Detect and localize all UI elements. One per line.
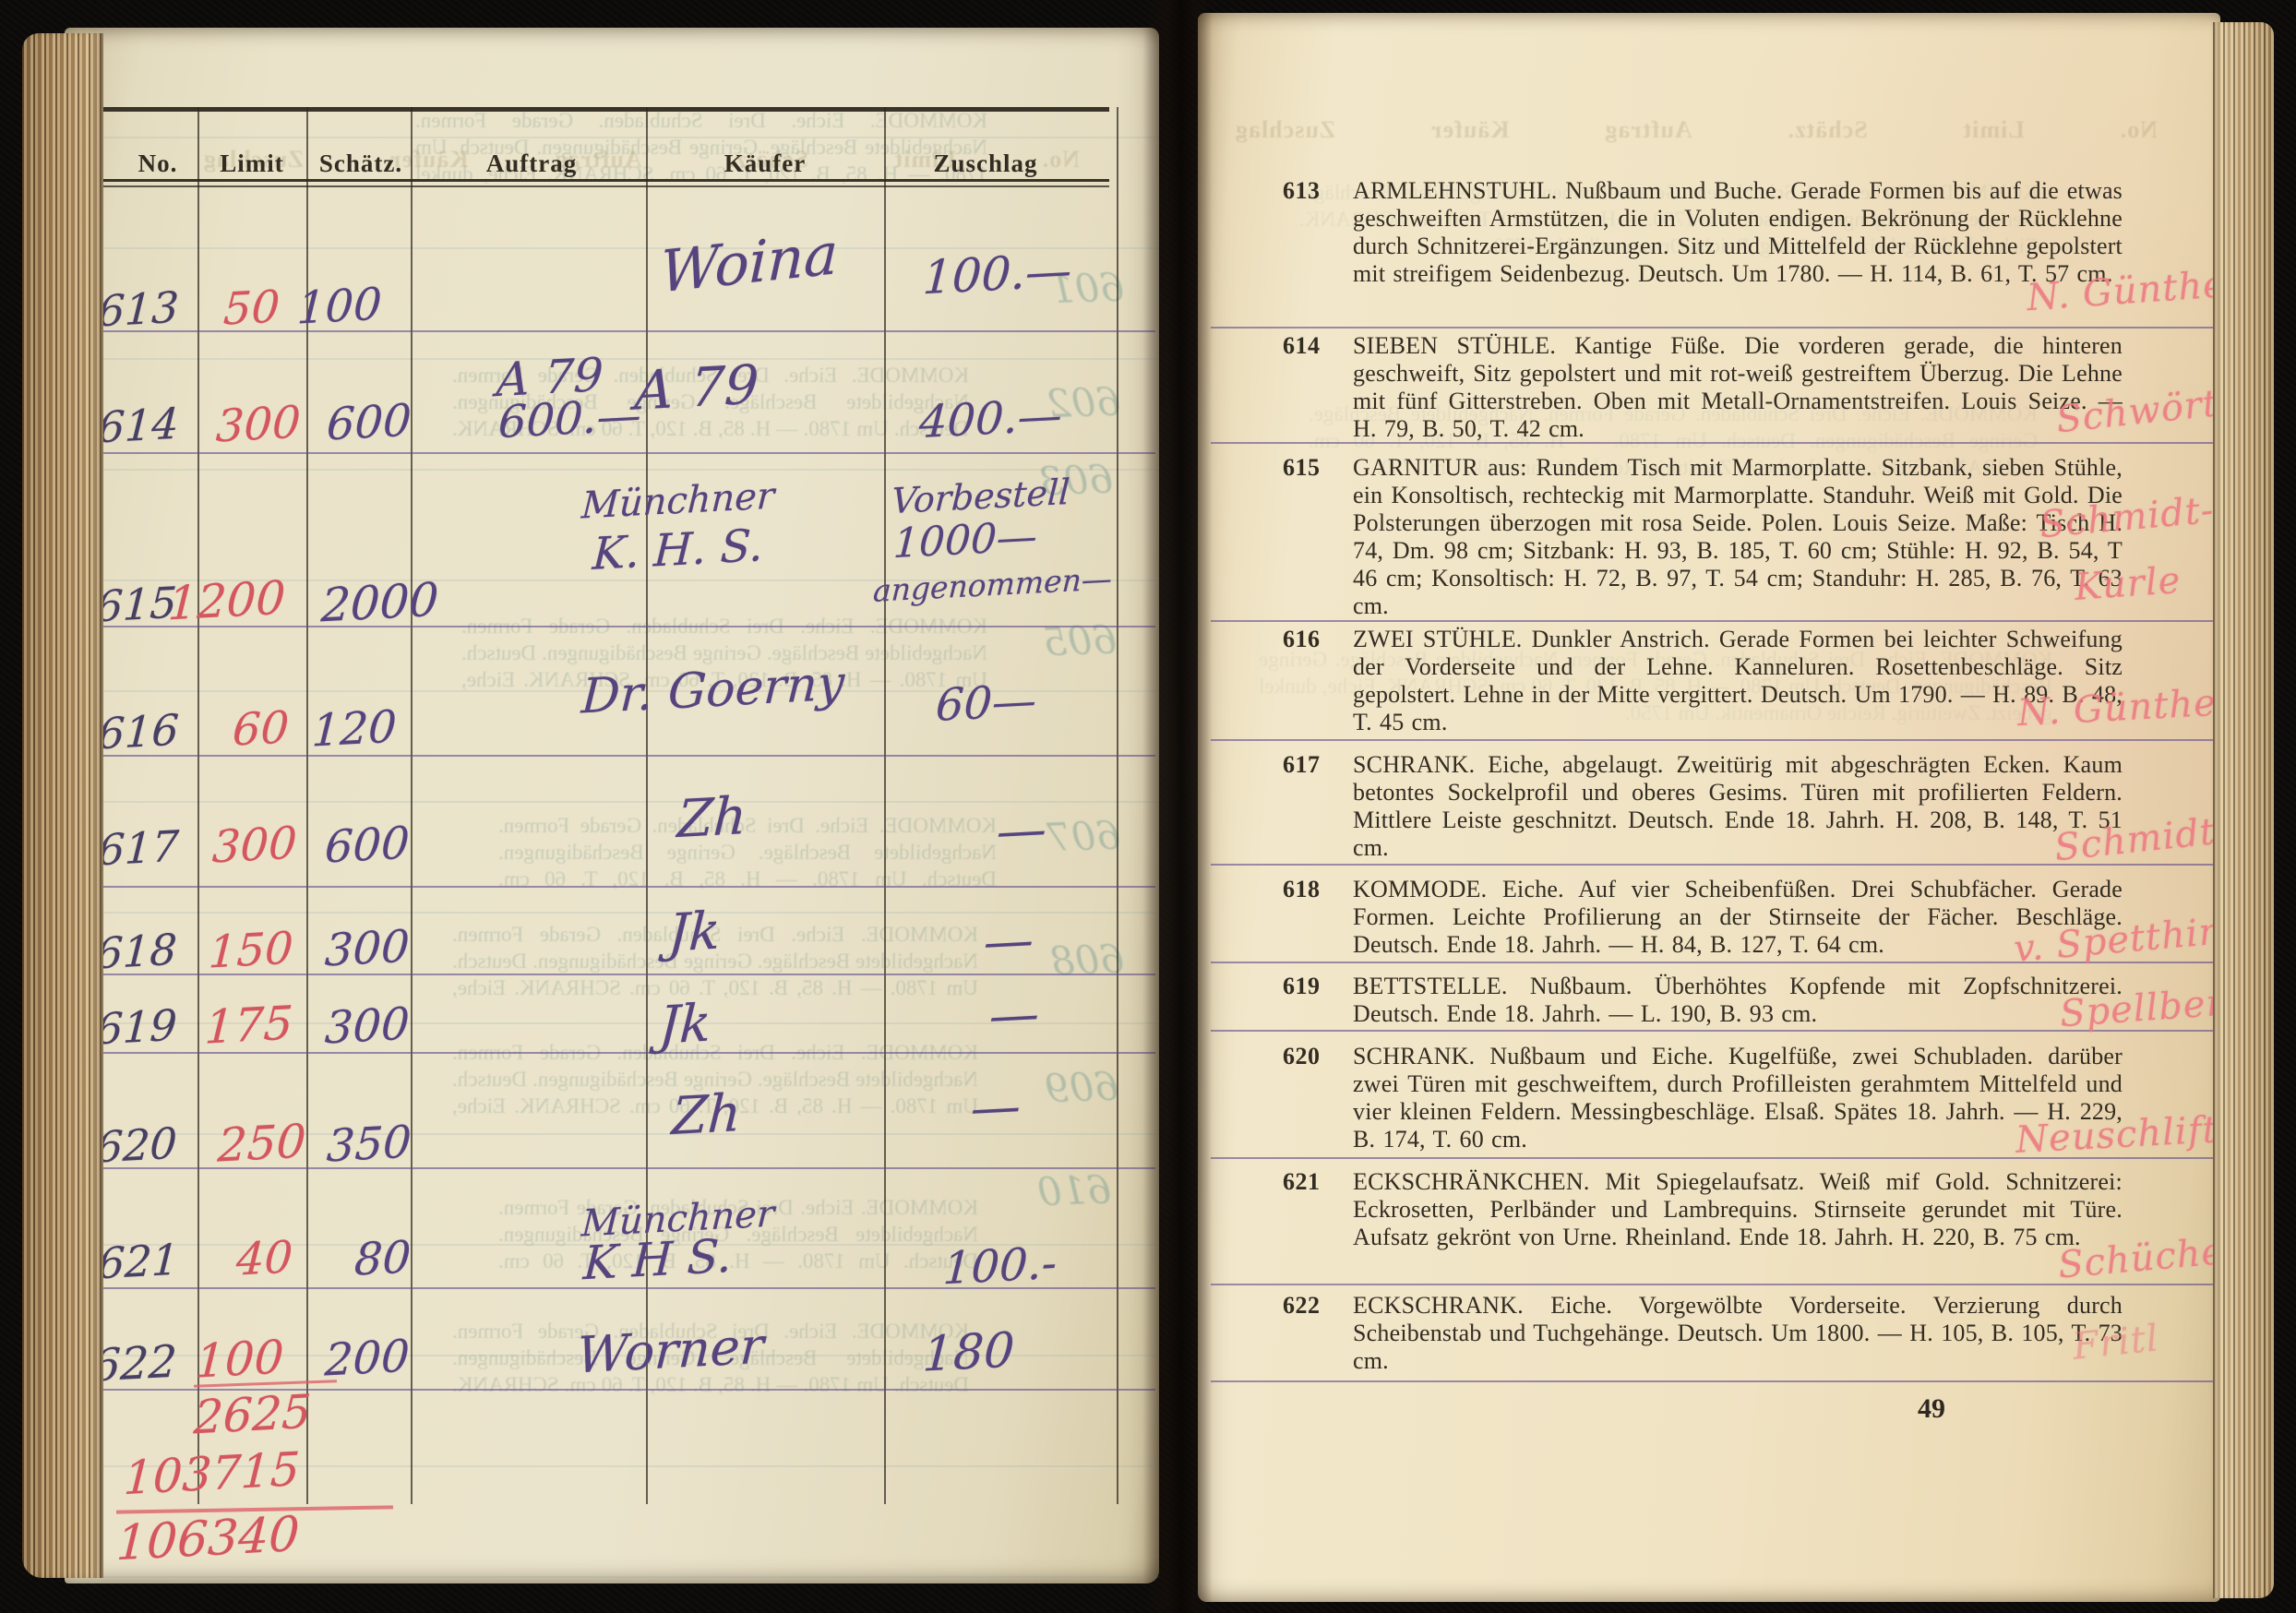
page-number: 49 — [1918, 1393, 1945, 1425]
column-header-zuschlag: Zuschlag — [933, 149, 1037, 178]
limit-value: 1200 — [167, 571, 287, 631]
lot-description: ZWEI STÜHLE. Dunkler Anstrich. Gerade Fo… — [1353, 626, 2123, 736]
entry-separator-line — [1211, 739, 2213, 741]
ledger-page: No. Limit Schätz. Auftrag Käufer Zuschla… — [65, 28, 1159, 1583]
catalog-page: No. Limit Schätz. Auftrag Käufer Zuschla… — [1198, 13, 2220, 1602]
lot-no: 616 — [97, 705, 181, 759]
lot-description: SCHRANK. Nußbaum und Eiche. Kugelfüße, z… — [1353, 1043, 2123, 1153]
buyer-name: A 79 — [633, 352, 760, 422]
column-line — [197, 107, 199, 1504]
bleedthrough-number: 609 — [1044, 1064, 1119, 1112]
estimate-value: 2000 — [320, 573, 440, 633]
limit-value: 150 — [208, 922, 294, 978]
buyer-name: K. H. S. — [592, 520, 765, 580]
hammer-price: 100.- — [942, 1237, 1058, 1296]
entry-separator-line — [1211, 1380, 2213, 1382]
bleedthrough-number: 610 — [1036, 1167, 1112, 1215]
lot-description: KOMMODE. Eiche. Auf vier Scheibenfüßen. … — [1353, 876, 2123, 959]
catalog-entry: 615 GARNITUR aus: Rundem Tisch mit Marmo… — [1283, 454, 2123, 620]
hammer-price: — — [987, 984, 1040, 1045]
ghost-header-word: Zuschlag — [1235, 116, 1335, 144]
page-stack-left-edge — [22, 33, 103, 1578]
lot-description: ARMLEHNSTUHL. Nußbaum und Buche. Gerade … — [1353, 177, 2123, 288]
lot-no: 618 — [95, 925, 179, 979]
lot-number: 618 — [1283, 876, 1321, 903]
buyer-name: Jk — [657, 993, 712, 1056]
buyer-name: Woina — [659, 220, 839, 306]
limit-value: 175 — [204, 996, 294, 1054]
column-header-no: No. — [138, 149, 178, 178]
buyer-name: K H S. — [582, 1229, 734, 1291]
lot-description: SCHRANK. Eiche, abgelaugt. Zweitürig mit… — [1353, 751, 2123, 862]
hammer-price: — — [982, 910, 1034, 971]
lot-number: 615 — [1283, 454, 1321, 482]
row-separator-line — [85, 886, 1155, 888]
catalog-entry: 621 ECKSCHRÄNKCHEN. Mit Spiegelaufsatz. … — [1283, 1168, 2123, 1251]
total-grand: 106340 — [115, 1507, 301, 1572]
lot-no: 613 — [97, 282, 181, 337]
estimate-value: 300 — [324, 920, 411, 976]
column-line — [646, 107, 648, 1504]
limit-value: 300 — [211, 817, 298, 873]
lot-no: 617 — [97, 821, 181, 876]
bleedthrough-header: No. Limit Schätz. Auftrag Käufer Zuschla… — [1235, 116, 2158, 144]
limit-value: 300 — [215, 396, 302, 452]
lot-no: 621 — [97, 1235, 181, 1289]
catalog-entry: 614 SIEBEN STÜHLE. Kantige Füße. Die vor… — [1283, 332, 2123, 443]
catalog-entry: 618 KOMMODE. Eiche. Auf vier Scheibenfüß… — [1283, 876, 2123, 959]
hammer-note: Vorbestell — [891, 472, 1070, 521]
lot-description: ECKSCHRÄNKCHEN. Mit Spiegelaufsatz. Weiß… — [1353, 1168, 2123, 1251]
page-stack-right-edge — [2213, 22, 2274, 1598]
table-top-rule — [98, 107, 1109, 112]
lot-description: ECKSCHRANK. Eiche. Vorgewölbte Vordersei… — [1353, 1292, 2123, 1375]
entry-separator-line — [1211, 620, 2213, 622]
lot-no: 620 — [95, 1118, 179, 1173]
estimate-value: 100 — [296, 278, 383, 334]
lot-number: 622 — [1283, 1292, 1321, 1320]
limit-value: 60 — [232, 701, 291, 756]
book-gutter-shadow — [1142, 0, 1213, 1613]
margin-annotation: Kurle — [2074, 559, 2182, 609]
ghost-header-word: Schätz. — [1788, 116, 1868, 144]
catalog-entry: 613 ARMLEHNSTUHL. Nußbaum und Buche. Ger… — [1283, 177, 2123, 288]
lot-number: 616 — [1283, 626, 1321, 653]
catalog-entry: 622 ECKSCHRANK. Eiche. Vorgewölbte Vorde… — [1283, 1292, 2123, 1375]
ghost-header-word: Auftrag — [1604, 116, 1692, 144]
hammer-price: 100.— — [922, 244, 1073, 305]
margin-annotation: Fritl — [2071, 1317, 2161, 1368]
ghost-header-word: Limit — [1963, 116, 2025, 144]
lot-no: 622 — [91, 1335, 178, 1392]
lot-description: BETTSTELLE. Nußbaum. Überhöhtes Kopfende… — [1353, 973, 2123, 1028]
hammer-note: angenommen— — [872, 560, 1113, 609]
catalog-entry: 617 SCHRANK. Eiche, abgelaugt. Zweitürig… — [1283, 751, 2123, 862]
column-header-kaeufer: Käufer — [724, 149, 806, 178]
table-header-rule — [98, 185, 1109, 187]
buyer-name: Jk — [666, 901, 722, 963]
buyer-name: Zh — [670, 1083, 742, 1147]
lot-no: 619 — [95, 1000, 179, 1055]
bleedthrough-number: 605 — [1042, 617, 1118, 665]
lot-number: 617 — [1283, 751, 1321, 779]
ghost-header-word: No. — [2120, 116, 2158, 144]
row-separator-line — [85, 1052, 1155, 1054]
auction-ledger-book-scan: No. Limit Schätz. Auftrag Käufer Zuschla… — [0, 0, 2296, 1613]
estimate-value: 300 — [324, 998, 411, 1054]
column-header-limit: Limit — [220, 149, 284, 178]
lot-number: 619 — [1283, 973, 1321, 1000]
limit-value: 40 — [235, 1231, 294, 1285]
ghost-header-word: No. — [1042, 146, 1080, 173]
estimate-value: 600 — [326, 394, 413, 450]
lot-no: 615 — [95, 578, 179, 632]
lot-number: 613 — [1283, 177, 1321, 205]
row-separator-line — [85, 452, 1155, 454]
lot-no: 614 — [97, 399, 181, 453]
buyer-name: Münchner — [580, 474, 775, 527]
estimate-value: 120 — [311, 700, 398, 757]
limit-value: 100 — [195, 1330, 285, 1388]
estimate-value: 600 — [324, 817, 411, 873]
estimate-value: 200 — [324, 1330, 411, 1386]
column-line — [1117, 107, 1118, 1504]
column-header-schaetz: Schätz. — [319, 149, 402, 178]
catalog-entry: 616 ZWEI STÜHLE. Dunkler Anstrich. Gerad… — [1283, 626, 2123, 736]
hammer-price: 1000— — [892, 513, 1038, 568]
hammer-price: 60— — [935, 675, 1038, 732]
hammer-price: 400.— — [918, 389, 1064, 448]
ghost-header-word: Käufer — [1430, 116, 1509, 144]
limit-value: 250 — [217, 1114, 307, 1172]
bleedthrough-number: 608 — [1049, 937, 1125, 985]
limit-value: 50 — [222, 281, 281, 335]
lot-description: SIEBEN STÜHLE. Kantige Füße. Die vordere… — [1353, 332, 2123, 443]
buyer-name: Zh — [676, 786, 747, 850]
estimate-value: 350 — [326, 1116, 413, 1172]
column-header-auftrag: Auftrag — [486, 149, 577, 178]
entry-separator-line — [1211, 327, 2213, 329]
catalog-entry: 620 SCHRANK. Nußbaum und Eiche. Kugelfüß… — [1283, 1043, 2123, 1153]
lot-number: 621 — [1283, 1168, 1321, 1196]
lot-number: 620 — [1283, 1043, 1321, 1070]
bleedthrough-number: 607 — [1046, 813, 1121, 861]
hammer-price: — — [995, 799, 1047, 860]
buyer-name: Worner — [575, 1317, 765, 1385]
catalog-entry: 619 BETTSTELLE. Nußbaum. Überhöhtes Kopf… — [1283, 973, 2123, 1028]
bleedthrough-text: KOMMODE. Eiche. Drei Schubladen. Gerade … — [498, 812, 997, 890]
table-header-rule — [98, 179, 1109, 182]
column-line — [411, 107, 413, 1504]
order-bid: 600.— — [497, 389, 643, 448]
estimate-value: 80 — [353, 1231, 413, 1285]
total-carry: 103715 — [123, 1442, 302, 1505]
lot-description: GARNITUR aus: Rundem Tisch mit Marmorpla… — [1353, 454, 2123, 620]
hammer-price: — — [969, 1076, 1022, 1137]
lot-number: 614 — [1283, 332, 1321, 360]
hammer-price: 180 — [921, 1322, 1015, 1382]
total-subsum: 2625 — [193, 1385, 313, 1445]
column-line — [884, 107, 886, 1504]
